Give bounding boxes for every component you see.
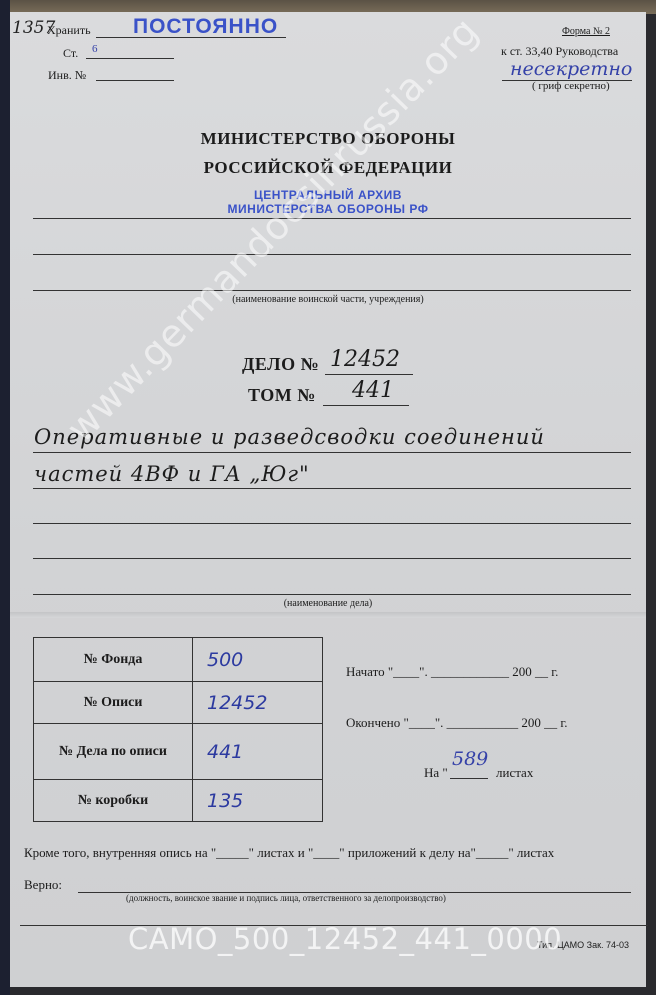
inventory-label: Инв. № <box>48 68 86 83</box>
table-row: № Описи 12452 <box>34 682 323 724</box>
keep-label: Хранить <box>47 23 91 38</box>
archive-box-table: № Фонда 500 № Описи 12452 № Дела по опис… <box>33 637 323 822</box>
file-id-overlay: CAMO_500_12452_441_0000 <box>128 922 562 956</box>
tom-value: 441 <box>352 378 394 403</box>
unit-line-3 <box>33 290 631 291</box>
title-line-1 <box>33 452 631 453</box>
table-row: № Фонда 500 <box>34 638 323 682</box>
delo-po-opisi-label: № Дела по описи <box>34 724 193 780</box>
table-row: № коробки 135 <box>34 780 323 822</box>
unit-caption: (наименование воинской части, учреждения… <box>0 294 656 305</box>
secrecy-caption: ( гриф секретно) <box>532 80 610 92</box>
box-value: 135 <box>193 780 323 822</box>
sheets-prefix: На " <box>424 765 448 781</box>
verified-caption: (должность, воинское звание и подпись ли… <box>126 893 446 903</box>
secrecy-value: несекретно <box>510 58 632 80</box>
delo-line <box>325 374 413 375</box>
title-line-3 <box>33 523 631 524</box>
sheets-value: 589 <box>452 748 488 770</box>
sheets-suffix: листах <box>496 765 533 781</box>
delo-po-opisi-value: 441 <box>193 724 323 780</box>
title-line-5 <box>33 594 631 595</box>
form-label: Форма № 2 <box>562 26 610 37</box>
fond-value: 500 <box>193 638 323 682</box>
ended-date: Окончено "____". ___________ 200 __ г. <box>346 715 568 731</box>
title-caption: (наименование дела) <box>0 598 656 609</box>
opis-value: 12452 <box>193 682 323 724</box>
case-title-line2: частей 4ВФ и ГА „Юг" <box>34 462 310 486</box>
unit-line-1 <box>33 218 631 219</box>
article-label: Ст. <box>63 46 78 61</box>
opis-label: № Описи <box>34 682 193 724</box>
delo-value: 12452 <box>330 347 400 372</box>
delo-label: ДЕЛО № <box>242 354 319 375</box>
keep-stamp: ПОСТОЯННО <box>133 15 278 39</box>
form-ref: к ст. 33,40 Руководства <box>501 44 618 59</box>
sheets-line <box>450 778 488 779</box>
title-line-2 <box>33 488 631 489</box>
inventory-line <box>96 80 174 81</box>
tom-line <box>323 405 409 406</box>
table-row: № Дела по описи 441 <box>34 724 323 780</box>
fond-label: № Фонда <box>34 638 193 682</box>
box-label: № коробки <box>34 780 193 822</box>
unit-line-2 <box>33 254 631 255</box>
inventory-note: Кроме того, внутренняя опись на "_____" … <box>24 845 554 861</box>
started-date: Начато "____". ____________ 200 __ г. <box>346 664 558 680</box>
article-line <box>86 58 174 59</box>
article-value: 6 <box>92 43 98 55</box>
paper-fold <box>10 612 646 618</box>
scan-left-edge <box>0 0 10 995</box>
archive-stamp-line2: МИНИСТЕРСТВА ОБОРОНЫ РФ <box>0 202 656 216</box>
tom-label: ТОМ № <box>248 385 316 406</box>
title-line-4 <box>33 558 631 559</box>
verified-label: Верно: <box>24 877 62 893</box>
